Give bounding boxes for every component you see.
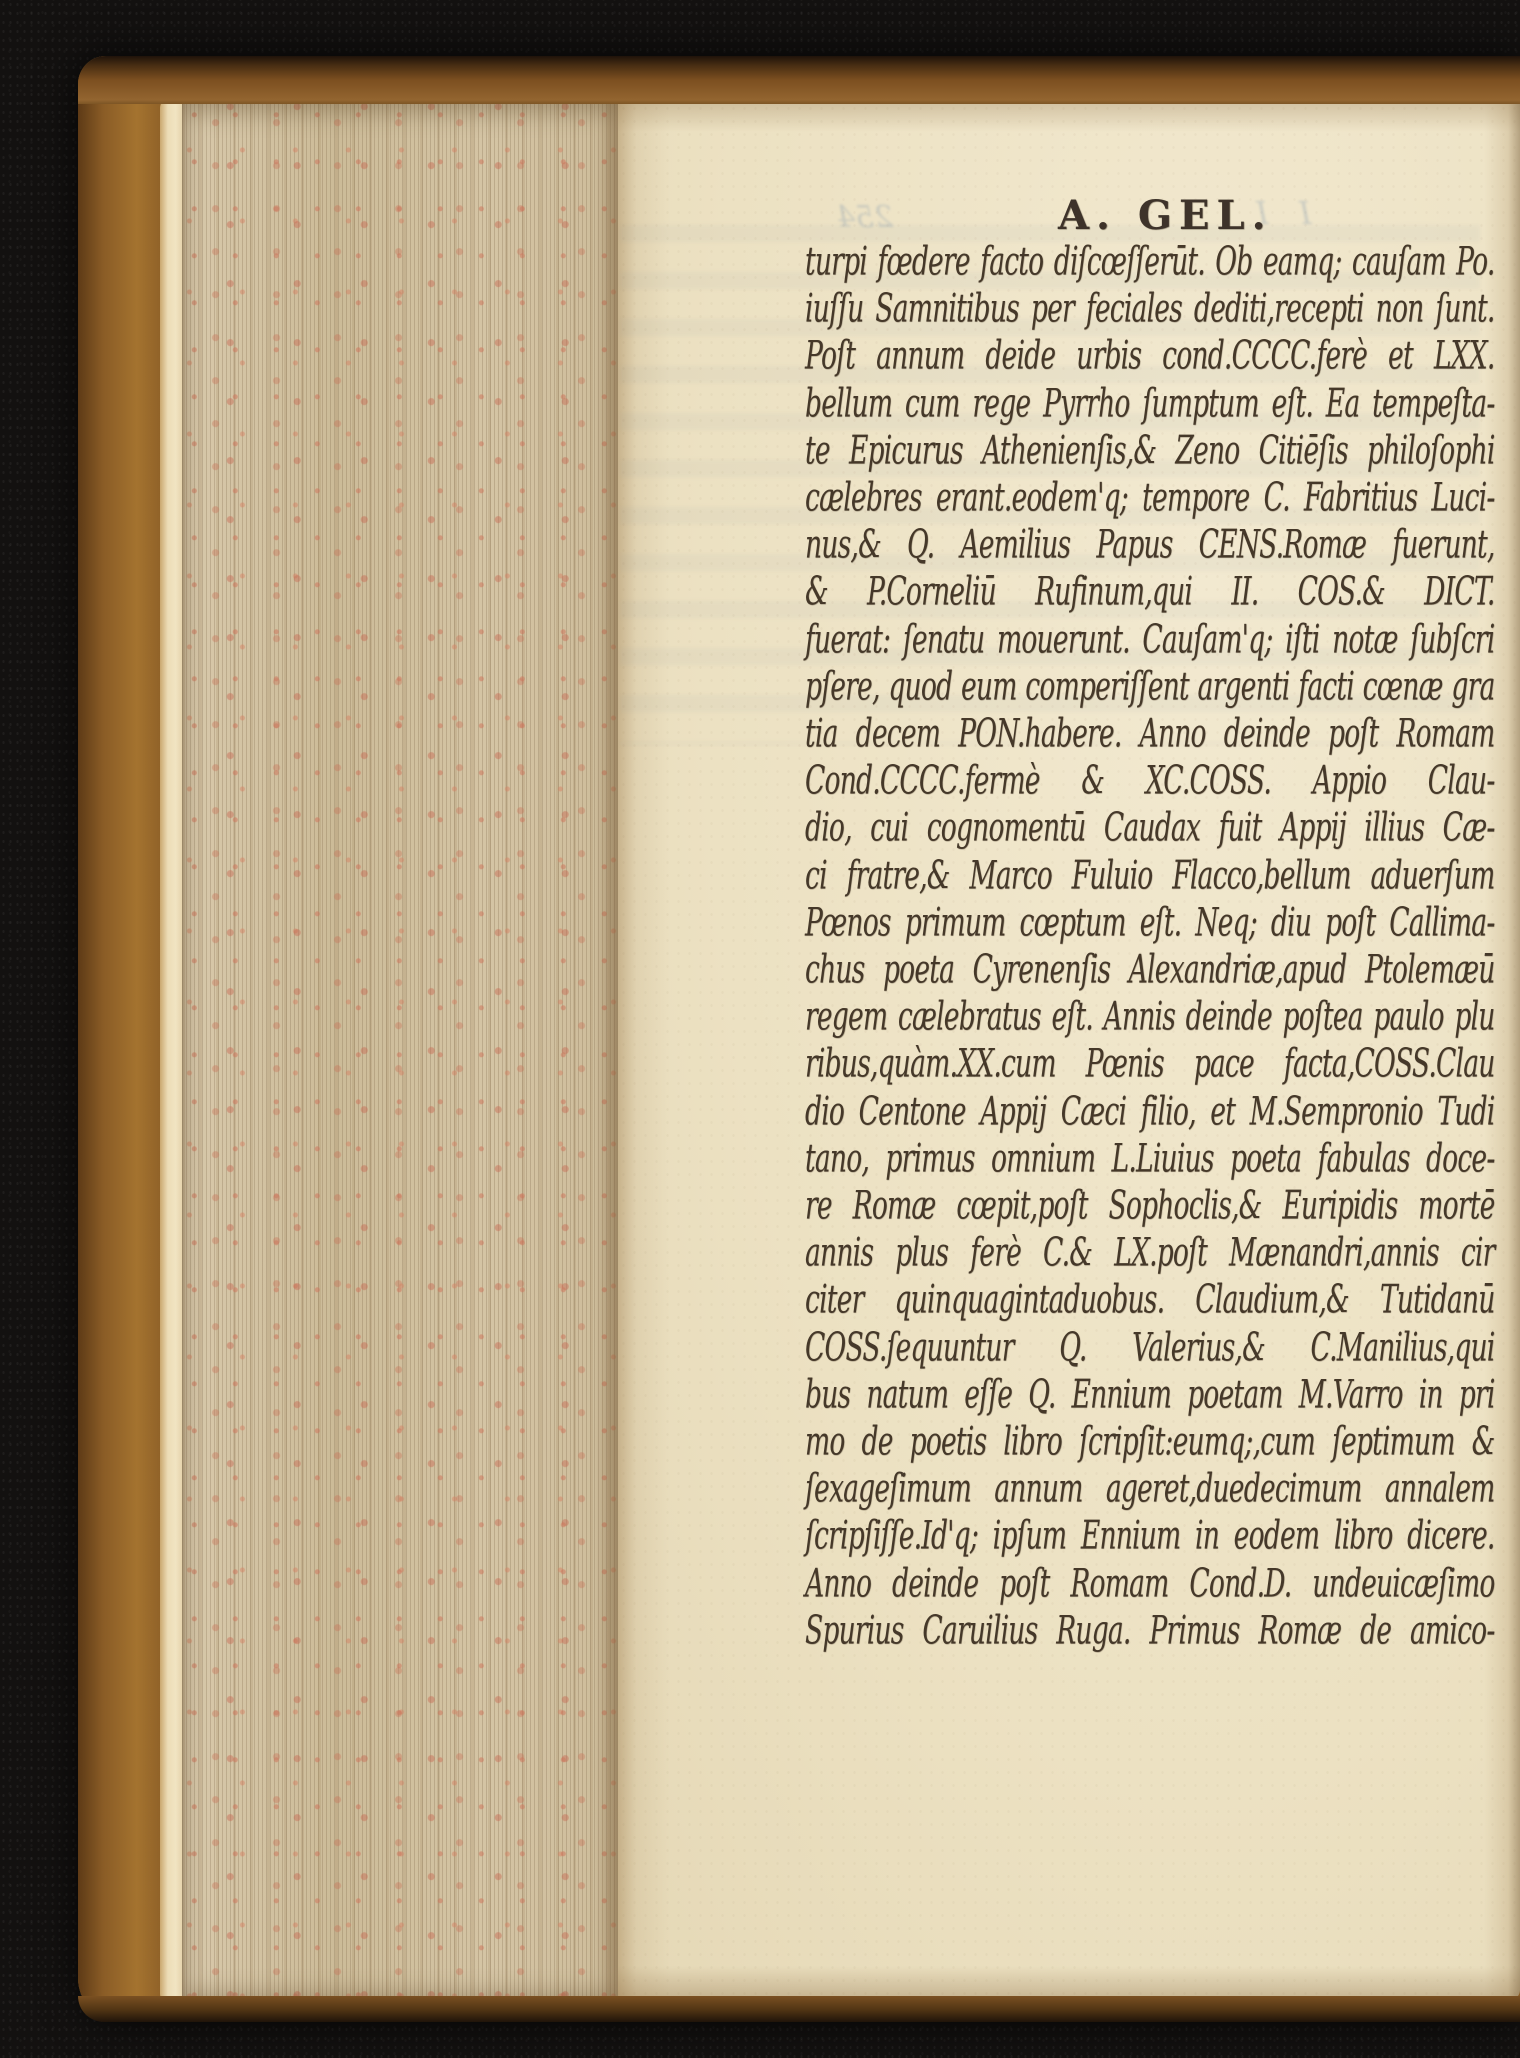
book-top-edge xyxy=(78,56,1520,104)
book-bottom-edge xyxy=(78,1996,1520,2022)
fore-edge-speckled xyxy=(182,96,618,2006)
running-header: A. GEL. xyxy=(1058,192,1273,239)
book xyxy=(78,56,1520,2022)
book-page xyxy=(618,102,1520,2000)
book-cover-edge xyxy=(78,56,162,2022)
showthrough-page-number: 254 xyxy=(836,200,893,235)
photograph-scene: 254 I I A. GEL. turpi fœdere facto diſcœ… xyxy=(0,0,1520,2058)
